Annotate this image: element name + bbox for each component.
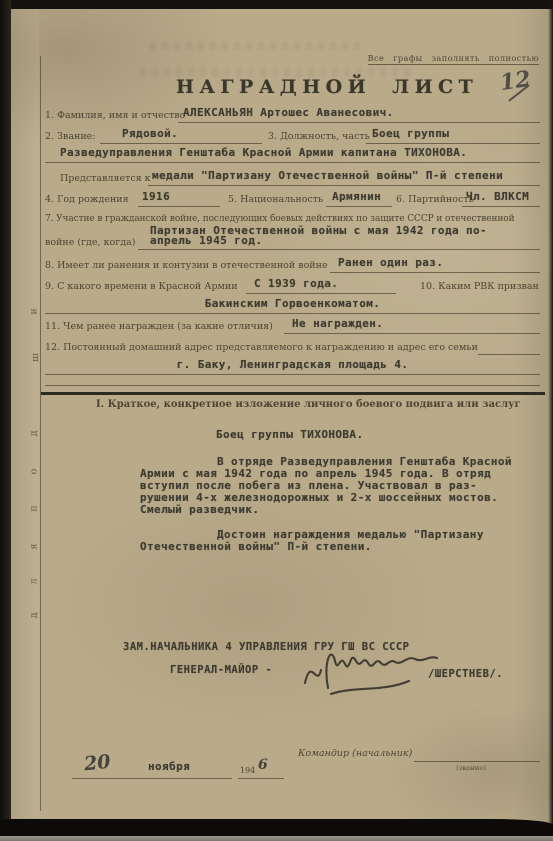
commander-signature-line xyxy=(414,761,540,762)
field-underline xyxy=(178,122,540,123)
field8-value: Ранен один раз. xyxy=(338,256,443,269)
field3-label: 3. Должность, часть xyxy=(268,131,370,142)
presented-for-label: Представляется к xyxy=(60,173,151,184)
margin-letter: д xyxy=(28,431,39,437)
field-underline xyxy=(330,272,540,273)
margin-letter: п xyxy=(29,505,40,511)
bleed-through-smudge xyxy=(150,42,360,50)
field1-label: 1. Фамилия, имя и отчество xyxy=(45,110,185,121)
field-underline xyxy=(45,162,540,163)
document-title: НАГРАДНОЙ ЛИСТ xyxy=(176,76,478,98)
presented-for-value: медали "Партизану Отечественной войны" П… xyxy=(152,169,503,182)
field10-label: 10. Каким РВК призван xyxy=(420,281,539,292)
field11-value: Не награжден. xyxy=(292,317,383,330)
handwritten-page-number: 12 xyxy=(498,66,532,96)
scan-edge-top xyxy=(0,0,553,9)
margin-letter: ш xyxy=(30,353,41,362)
field7-label-line2: войне (где, когда) xyxy=(45,237,135,248)
section-divider xyxy=(41,392,545,395)
field-underline xyxy=(246,293,396,294)
scan-edge-left xyxy=(0,0,11,841)
page-fold-strip xyxy=(11,9,39,818)
signer-rank-line: ГЕНЕРАЛ-МАЙОР - xyxy=(170,664,272,676)
field11-label: 11. Чем ранее награжден (за какие отличи… xyxy=(45,321,273,332)
summary-heading: I. Краткое, конкретное изложение личного… xyxy=(96,399,521,410)
date-underline xyxy=(238,778,284,779)
field5-value: Армянин xyxy=(332,190,381,203)
handwritten-year-digit: 6 xyxy=(258,757,268,773)
field6-value: Чл. ВЛКСМ xyxy=(466,190,529,203)
field3-value: Боец группы xyxy=(372,127,449,140)
date-underline xyxy=(72,778,232,779)
summary-unit-line: Боец группы ТИХОНОВА. xyxy=(216,428,363,441)
field1-value: АЛЕКСАНЬЯН Артошес Аванесович. xyxy=(183,106,394,119)
empty-line xyxy=(45,385,540,386)
field12-value: г. Баку, Ленинградская площадь 4. xyxy=(45,358,540,371)
field-underline xyxy=(45,374,540,375)
field7-label-line1: 7. Участие в гражданской войне, последую… xyxy=(45,214,515,224)
field4-value: 1916 xyxy=(142,190,170,203)
conclusion-line: Отечественной войны" П-й степени. xyxy=(140,540,372,553)
margin-letter: я xyxy=(29,544,40,550)
handwritten-day: 20 xyxy=(83,751,112,776)
margin-letter: о xyxy=(28,469,39,475)
fill-all-note: Все графы заполнять полностью xyxy=(368,53,539,65)
field-underline xyxy=(138,206,220,207)
margin-letter: и xyxy=(29,308,40,314)
field-underline xyxy=(100,143,262,144)
award-sheet-document: Все графы заполнять полностью 12 НАГРАДН… xyxy=(0,0,553,841)
field2-value: Рядовой. xyxy=(122,127,178,140)
signer-surname: /ШЕРСТНЕВ/. xyxy=(428,668,503,680)
field-underline xyxy=(45,313,540,314)
field9-value: С 1939 года. xyxy=(254,277,338,290)
field-underline xyxy=(284,333,540,334)
signature-scribble xyxy=(295,628,445,703)
commander-label: Командир (начальник) xyxy=(298,748,412,759)
field4-label: 4. Год рождения xyxy=(45,194,129,205)
field-underline xyxy=(148,185,540,186)
field7-value-line2: апрель 1945 год. xyxy=(150,234,262,247)
summary-line: Смелый разведчик. xyxy=(140,503,259,516)
field-underline xyxy=(366,143,540,144)
margin-letter: л xyxy=(29,578,40,584)
field3-value-cont: Разведуправления Генштаба Красной Армии … xyxy=(60,146,467,159)
field2-label: 2. Звание: xyxy=(45,131,96,142)
printed-year: 194 xyxy=(240,766,255,775)
scan-edge-right xyxy=(548,0,553,841)
field-underline xyxy=(478,354,540,355)
scanner-strip xyxy=(0,836,553,841)
typed-month: ноября xyxy=(148,760,190,773)
field9-label: 9. С какого времени в Красной Армии xyxy=(45,281,238,292)
field6-label: 6. Партийность xyxy=(396,194,474,205)
field-underline xyxy=(138,249,540,250)
field-underline xyxy=(462,206,540,207)
rank-caption: (звание) xyxy=(456,764,486,772)
margin-letter: д xyxy=(28,613,39,619)
field12-label: 12. Постоянный домашний адрес представля… xyxy=(45,342,478,353)
field5-label: 5. Национальность xyxy=(228,194,323,205)
field10-value: Бакинским Горвоенкоматом. xyxy=(45,297,540,310)
field8-label: 8. Имеет ли ранения и контузии в отечест… xyxy=(45,260,328,271)
scan-edge-bottom xyxy=(0,819,553,836)
field-underline xyxy=(326,206,392,207)
left-margin-rule xyxy=(40,56,41,811)
